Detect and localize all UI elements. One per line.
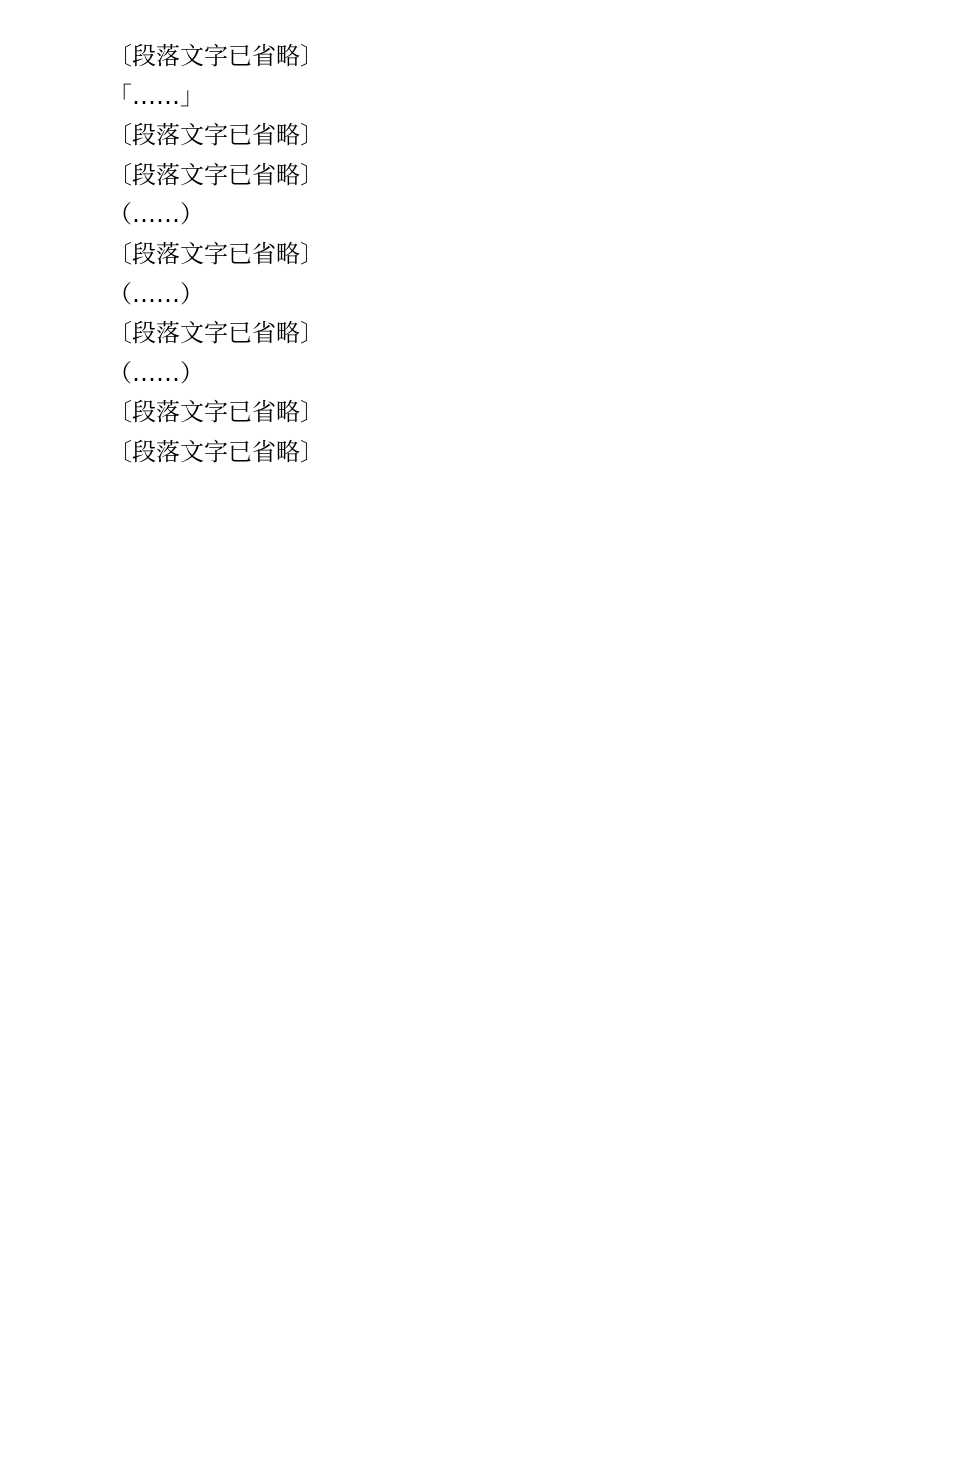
body-paragraph: 〔段落文字已省略〕	[60, 317, 914, 351]
body-paragraph: 〔段落文字已省略〕	[60, 40, 914, 74]
dialogue-line: （……）	[60, 198, 914, 232]
dialogue-line: （……）	[60, 357, 914, 391]
body-paragraph: 〔段落文字已省略〕	[60, 119, 914, 153]
body-paragraph: 〔段落文字已省略〕	[60, 436, 914, 470]
body-paragraph: 〔段落文字已省略〕	[60, 238, 914, 272]
paragraph-list: 〔段落文字已省略〕「……」〔段落文字已省略〕〔段落文字已省略〕（……）〔段落文字…	[60, 40, 914, 470]
body-paragraph: 〔段落文字已省略〕	[60, 159, 914, 193]
dialogue-line: 「……」	[60, 80, 914, 114]
document-page: 〔段落文字已省略〕「……」〔段落文字已省略〕〔段落文字已省略〕（……）〔段落文字…	[0, 0, 974, 1459]
body-paragraph: 〔段落文字已省略〕	[60, 396, 914, 430]
dialogue-line: （……）	[60, 278, 914, 312]
